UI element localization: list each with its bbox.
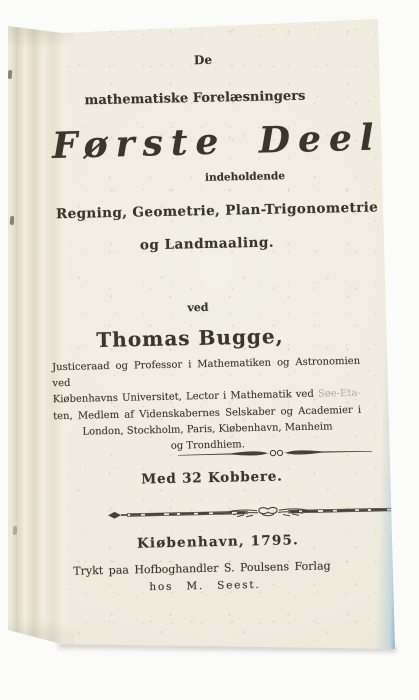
author-credentials: Justiceraad og Professor i Mathematiken … (52, 354, 362, 458)
binding-stitch (8, 70, 13, 79)
series-title: mathematiske Forelæsningers (40, 89, 350, 110)
book-title-page-photo: De mathematiske Forelæsningers Første De… (0, 0, 419, 700)
binding-stitch (13, 526, 17, 535)
binding-stitch (10, 216, 14, 225)
imprint-publisher: Trykt paa Hofboghandler S. Poulsens Forl… (47, 560, 357, 579)
spindle-rule-ornament (175, 443, 375, 463)
credentials-line-main: Kiøbenhavns Universitet, Lector i Mathem… (53, 389, 314, 405)
contents-line-2: og Landmaaling. (52, 234, 362, 256)
blue-corner-mark (384, 16, 394, 23)
plates-note: Med 32 Kobbere. (57, 468, 367, 490)
imprint-printer: hos M. Seest. (50, 577, 360, 596)
series-word: De (48, 51, 358, 71)
main-title: Første Deel, (52, 118, 363, 167)
credentials-line-faded: Søe-Eta- (318, 388, 361, 400)
contents-line-1: Regning, Geometrie, Plan-Trigonometrie (56, 201, 366, 223)
imprint-place-year: Kiøbenhavn, 1795. (63, 532, 373, 554)
title-page-content: De mathematiske Forelæsningers Første De… (52, 0, 362, 700)
contains-word: indeholdende (90, 168, 400, 187)
book-page: De mathematiske Forelæsningers Første De… (0, 0, 419, 700)
by-word: ved (43, 299, 353, 318)
author-name: Thomas Bugge, (35, 324, 345, 353)
